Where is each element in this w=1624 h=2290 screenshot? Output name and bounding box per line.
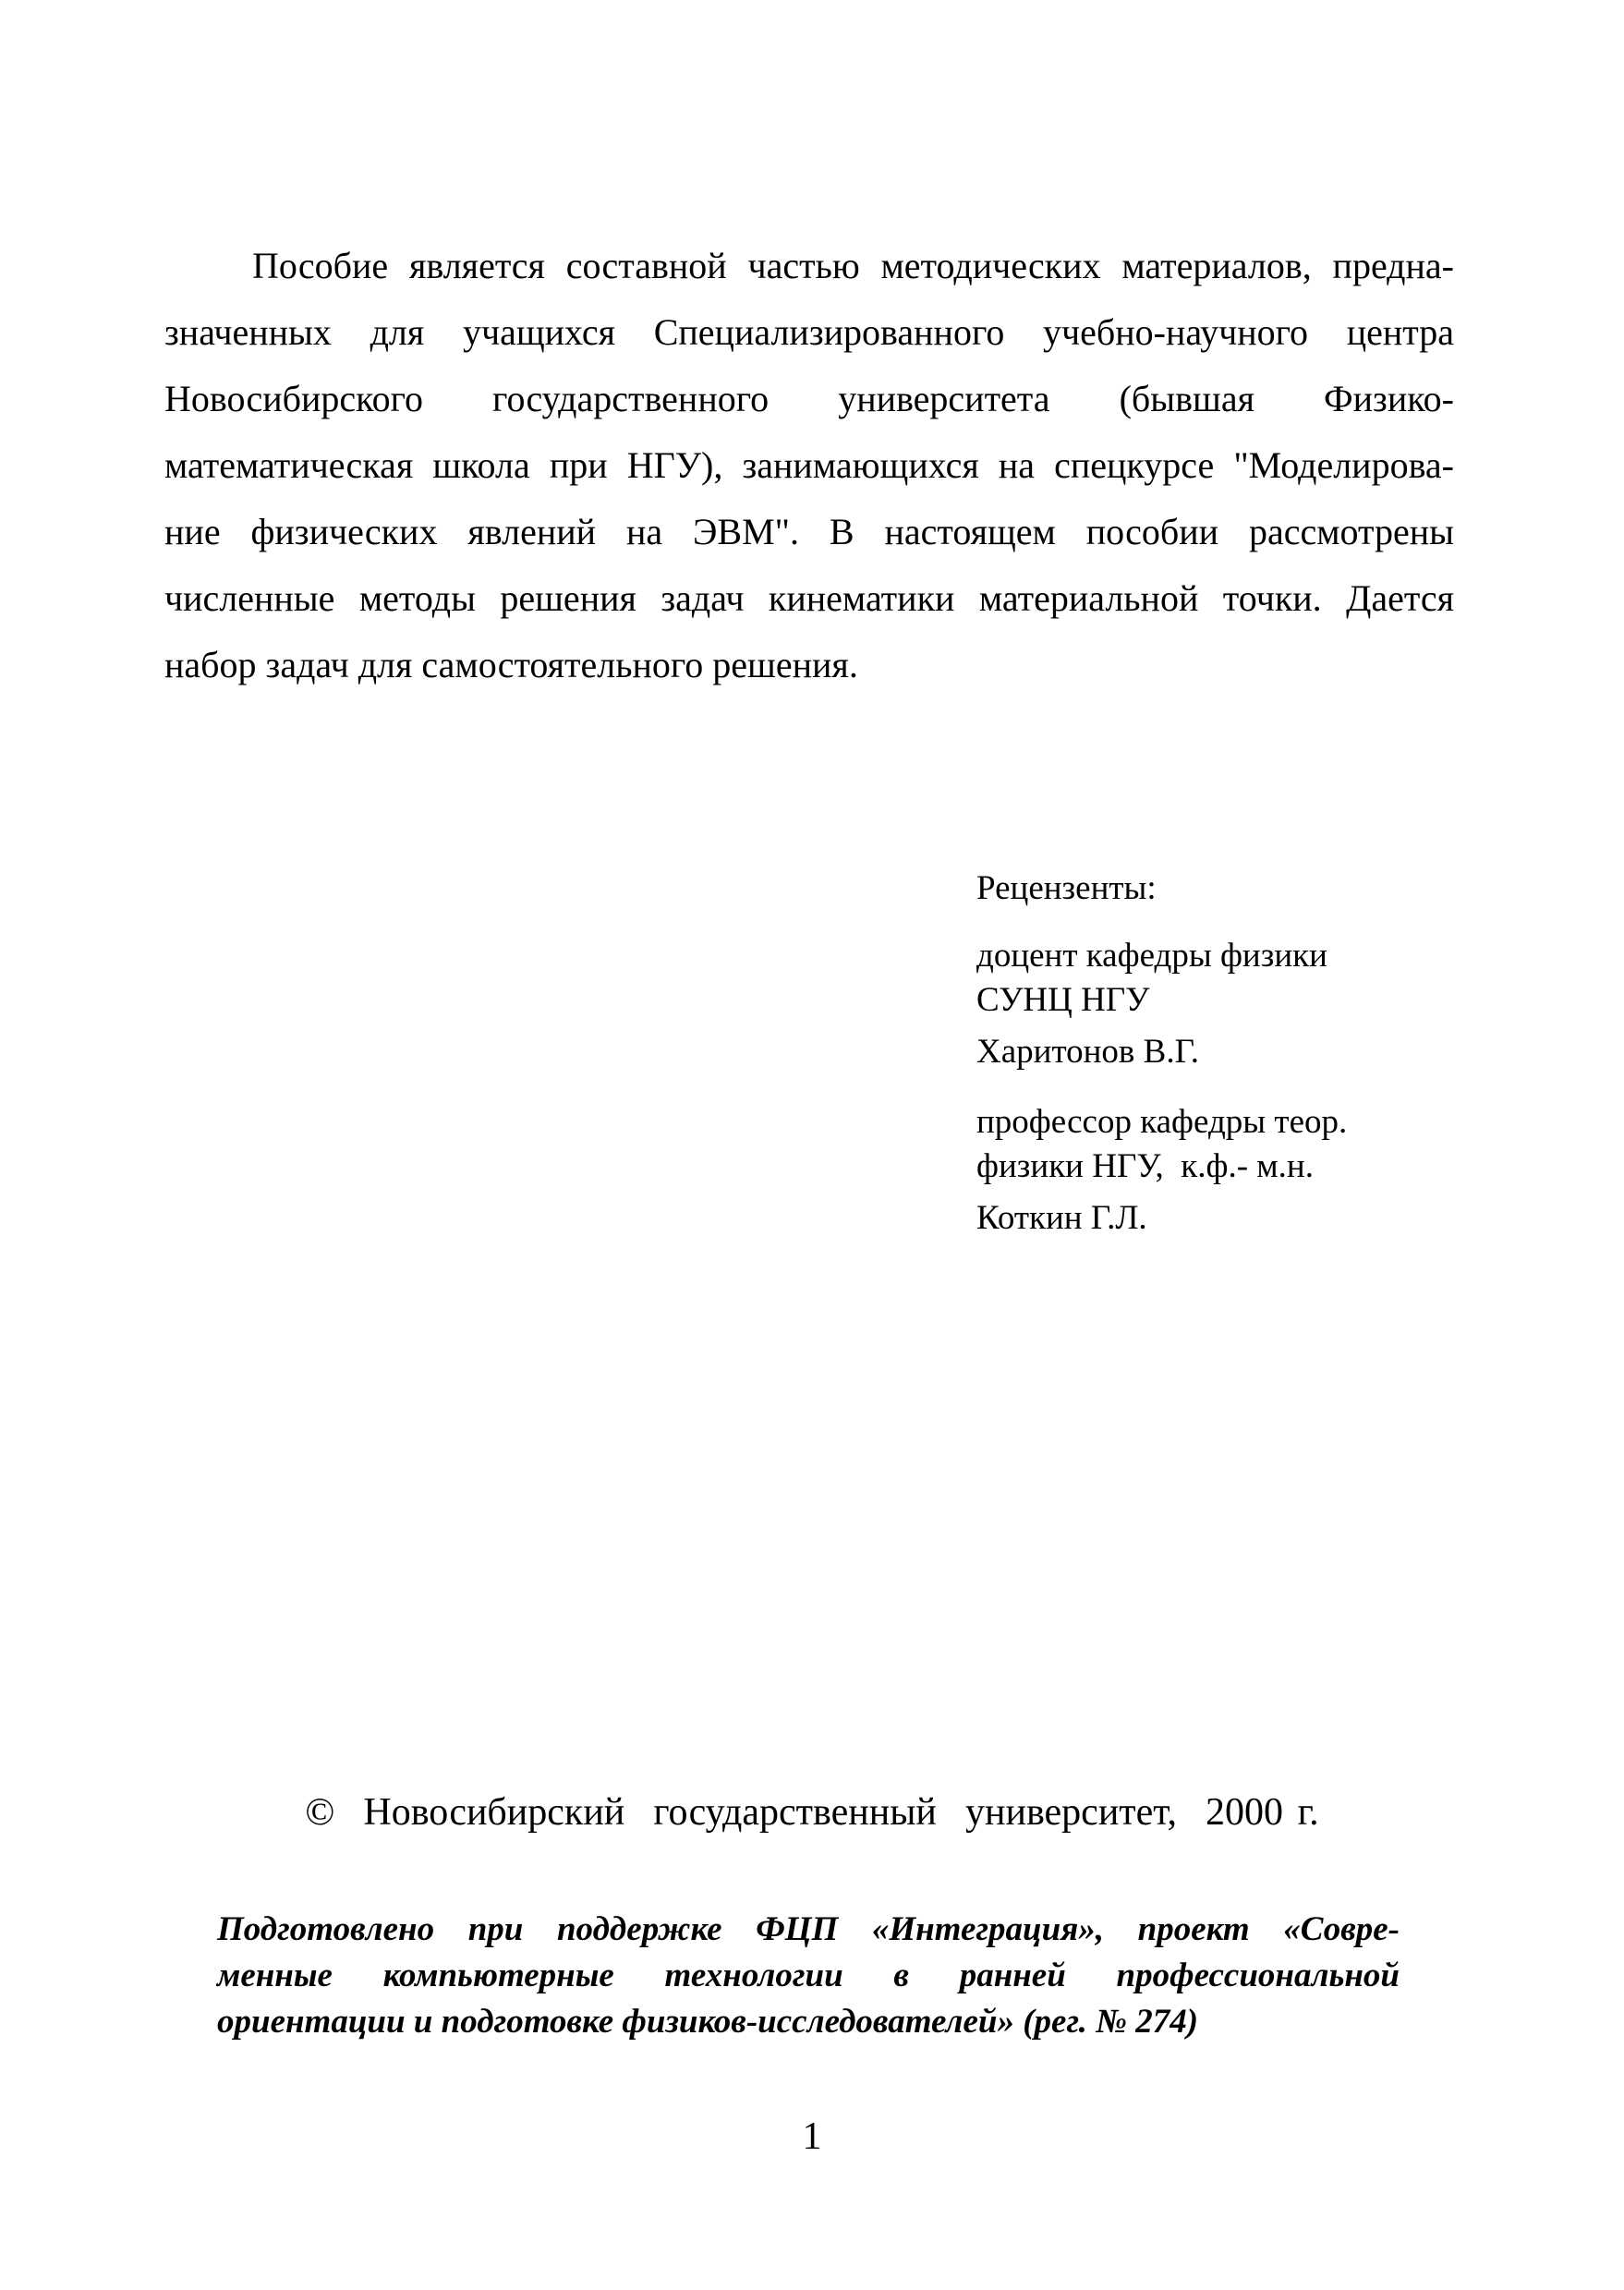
reviewers-heading: Рецензенты: xyxy=(976,866,1457,911)
reviewer-title: доцент кафедры физики СУНЦ НГУ xyxy=(976,934,1457,1023)
paragraph-line: набор задач для самостоятельного решения… xyxy=(164,632,1454,698)
paragraph-line: математическая школа при НГУ), занимающи… xyxy=(164,432,1454,499)
intro-paragraph: Пособие является составной частью методи… xyxy=(164,233,1454,698)
paragraph-line: Пособие является составной частью методи… xyxy=(164,233,1454,299)
copyright-line: © Новосибирский государственный универси… xyxy=(0,1790,1624,1835)
funding-line: Подготовлено при поддержке ФЦП «Интеграц… xyxy=(217,1907,1400,1953)
reviewer-name: Коткин Г.Л. xyxy=(976,1196,1457,1241)
paragraph-line: ние физических явлений на ЭВМ". В настоя… xyxy=(164,499,1454,565)
funding-line: ориентации и подготовке физиков-исследов… xyxy=(217,1999,1400,2045)
page-number: 1 xyxy=(0,2114,1624,2159)
reviewer-entry: профессор кафедры теор. физики НГУ, к.ф.… xyxy=(976,1100,1457,1241)
reviewers-block: Рецензенты: доцент кафедры физики СУНЦ Н… xyxy=(976,866,1457,1241)
funding-line: менные компьютерные технологии в ранней … xyxy=(217,1953,1400,1999)
paragraph-line: Новосибирского государственного универси… xyxy=(164,366,1454,432)
reviewer-name: Харитонов В.Г. xyxy=(976,1030,1457,1074)
reviewer-entry: доцент кафедры физики СУНЦ НГУ Харитонов… xyxy=(976,934,1457,1074)
paragraph-line: численные методы решения задач кинематик… xyxy=(164,565,1454,632)
reviewer-title: профессор кафедры теор. физики НГУ, к.ф.… xyxy=(976,1100,1457,1189)
funding-note: Подготовлено при поддержке ФЦП «Интеграц… xyxy=(217,1907,1400,2045)
paragraph-line: значенных для учащихся Специализированно… xyxy=(164,299,1454,366)
document-page: Пособие является составной частью методи… xyxy=(0,0,1624,2290)
